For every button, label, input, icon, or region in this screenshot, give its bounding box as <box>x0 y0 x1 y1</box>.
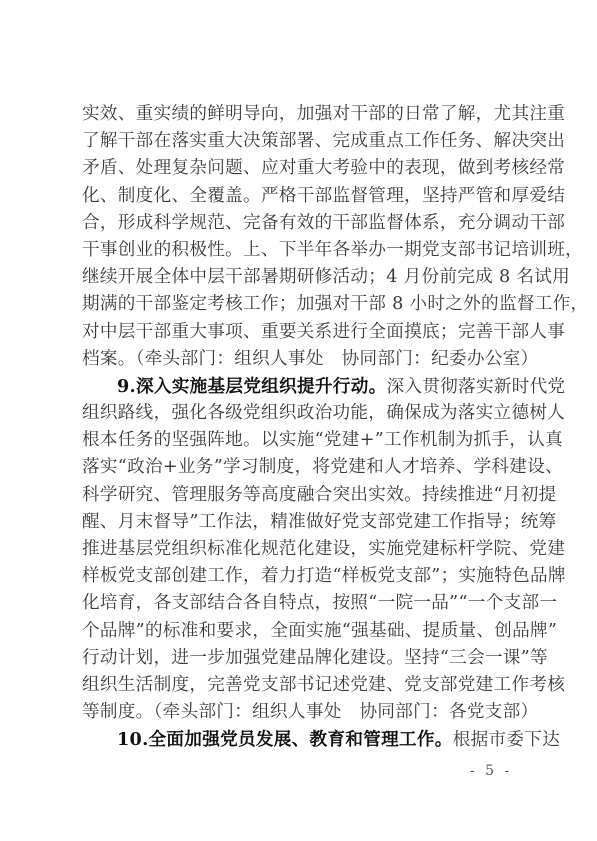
text-line: 个品牌”的标准和要求，全面实施“强基础、提质量、创品牌” <box>82 618 518 645</box>
text-line: 等制度。（牵头部门：组织人事处 协同部门：各党支部） <box>82 699 518 726</box>
section-10-text: 根据市委下达 <box>453 730 560 750</box>
section-10-heading: 10.全面加强党员发展、教育和管理工作。 <box>117 729 453 750</box>
text-line: 化培育，各支部结合各自特点，按照“一院一品”“一个支部一 <box>82 590 518 617</box>
text-line: 继续开展全体中层干部暑期研修活动；4 月份前完成 8 名试用 <box>82 264 518 291</box>
text-line: 醒、月末督导”工作法，精准做好党支部党建工作指导；统筹 <box>82 509 518 536</box>
text-line: 了解干部在落实重大决策部署、完成重点工作任务、解决突出 <box>82 128 518 155</box>
text-line: 组织路线，强化各级党组织政治功能，确保成为落实立德树人 <box>82 400 518 427</box>
section-10-first-line: 10.全面加强党员发展、教育和管理工作。根据市委下达 <box>82 726 518 753</box>
text-line: 对中层干部重大事项、重要关系进行全面摸底；完善干部人事 <box>82 319 518 346</box>
section-9-heading: 9.深入实施基层党组织提升行动。 <box>117 376 386 397</box>
text-line: 矛盾、处理复杂问题、应对重大考验中的表现，做到考核经常 <box>82 155 518 182</box>
text-line: 实效、重实绩的鲜明导向，加强对干部的日常了解，尤其注重 <box>82 101 518 128</box>
text-line: 化、制度化、全覆盖。严格干部监督管理，坚持严管和厚爱结 <box>82 183 518 210</box>
text-line: 合，形成科学规范、完备有效的干部监督体系，充分调动干部 <box>82 210 518 237</box>
text-line: 推进基层党组织标准化规范化建设，实施党建标杆学院、党建 <box>82 536 518 563</box>
page-number: - 5 - <box>470 763 512 779</box>
document-body: 实效、重实绩的鲜明导向，加强对干部的日常了解，尤其注重 了解干部在落实重大决策部… <box>82 101 518 754</box>
text-line: 组织生活制度，完善党支部书记述党建、党支部党建工作考核 <box>82 672 518 699</box>
text-line: 干事创业的积极性。上、下半年各举办一期党支部书记培训班， <box>82 237 518 264</box>
text-line: 行动计划，进一步加强党建品牌化建设。坚持“三会一课”等 <box>82 645 518 672</box>
section-9-first-line: 9.深入实施基层党组织提升行动。深入贯彻落实新时代党 <box>82 373 518 400</box>
text-line: 样板党支部创建工作，着力打造“样板党支部”；实施特色品牌 <box>82 563 518 590</box>
text-line: 科学研究、管理服务等高度融合突出实效。持续推进“月初提 <box>82 482 518 509</box>
text-line: 落实“政治+业务”学习制度，将党建和人才培养、学科建设、 <box>82 454 518 481</box>
text-line: 档案。（牵头部门：组织人事处 协同部门：纪委办公室） <box>82 346 518 373</box>
section-9-text: 深入贯彻落实新时代党 <box>386 377 565 397</box>
text-line: 期满的干部鉴定考核工作；加强对干部 8 小时之外的监督工作， <box>82 291 518 318</box>
text-line: 根本任务的坚强阵地。以实施“党建+”工作机制为抓手，认真 <box>82 427 518 454</box>
